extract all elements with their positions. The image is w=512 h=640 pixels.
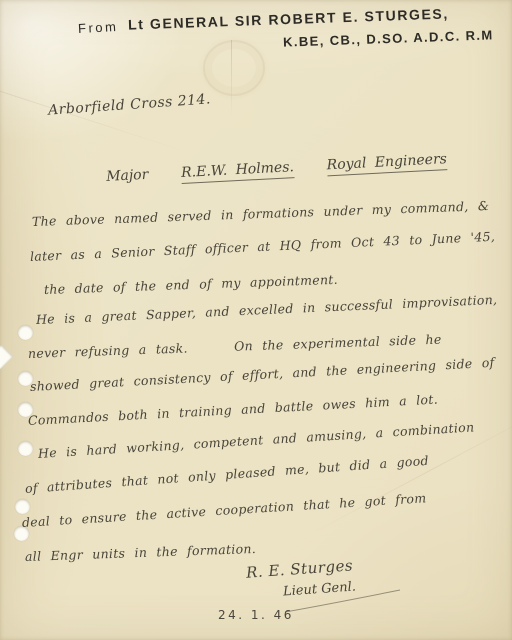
body-line: He is a great Sapper, and excelled in su…	[36, 292, 498, 327]
subject-spacer	[157, 177, 173, 178]
body-line: all Engr units in the formation.	[25, 541, 257, 564]
punch-hole	[18, 325, 33, 340]
body-line: later as a Senior Staff officer at HQ fr…	[30, 229, 496, 264]
body-line: The above named served in formations und…	[32, 198, 490, 229]
subject-regiment: Royal Engineers	[326, 151, 447, 176]
punch-hole	[18, 441, 33, 456]
punch-hole	[15, 499, 30, 514]
body-line: of attributes that not only pleased me, …	[24, 453, 429, 496]
header-from-label: From	[78, 19, 119, 36]
subject-rank-prefix: Major	[106, 167, 149, 185]
body-line: never refusing a task. On the experiment…	[28, 332, 442, 361]
body-line: the date of the end of my appointment.	[44, 272, 338, 297]
embossed-seal	[203, 40, 265, 96]
signature-rank: Lieut Genl.	[283, 579, 357, 599]
body-line: Commandos both in training and battle ow…	[28, 392, 439, 428]
subject-spacer	[303, 170, 319, 171]
date-line: 24. 1. 46	[218, 608, 294, 622]
body-line: deal to ensure the active cooperation th…	[22, 490, 427, 530]
subject-officer-name: R.E.W. Holmes.	[181, 159, 295, 184]
paper-tear-notch	[0, 345, 13, 369]
header-sender-name: Lt GENERAL SIR ROBERT E. STURGES,	[128, 5, 449, 32]
header-sender-honors: K.BE, CB., D.SO. A.D.C. R.M	[283, 27, 494, 49]
subject-line: Major R.E.W. Holmes. Royal Engineers	[106, 151, 447, 185]
body-line: showed great consistency of effort, and …	[30, 355, 495, 394]
signature-name: R. E. Sturges	[246, 556, 354, 581]
address-line: Arborfield Cross 214.	[48, 91, 212, 118]
letter-page: From Lt GENERAL SIR ROBERT E. STURGES, K…	[0, 0, 512, 640]
